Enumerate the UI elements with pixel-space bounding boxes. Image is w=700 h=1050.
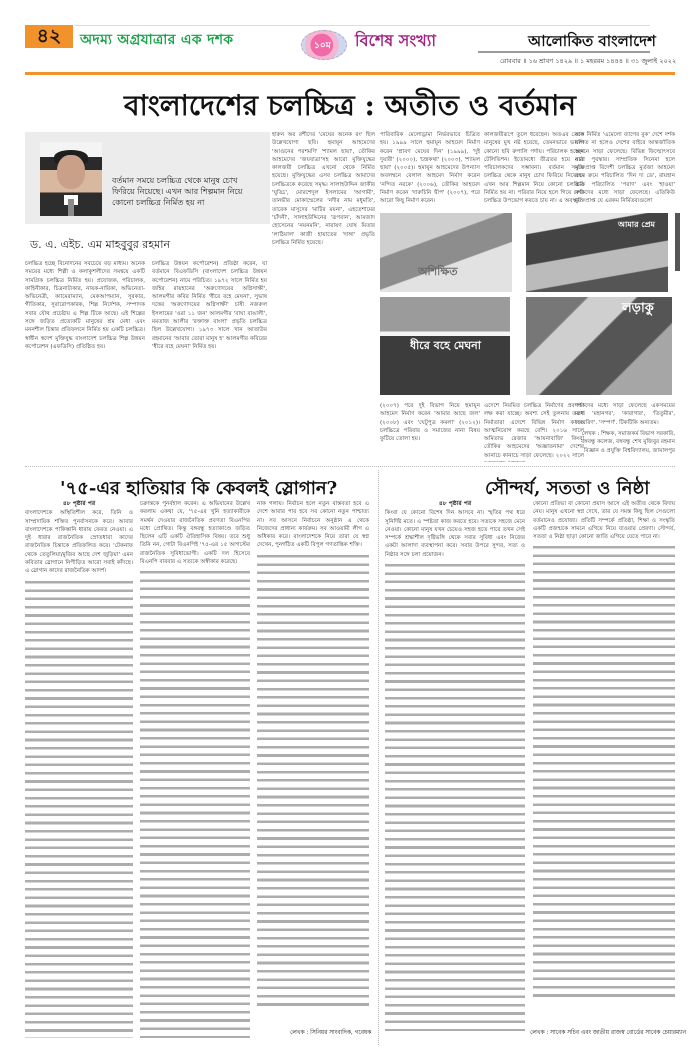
lead-below-posters-1: (২০০৭) পরে দুই বিভাগ নিয়ে হুমায়ূন আহমে… [380,402,480,462]
lead-below-posters-2: এদেশে নিয়মিত চলচ্চিত্র নির্মাণের প্রবণত… [484,402,584,462]
page-number: ৪২ [25,25,73,48]
left-col3-body-lines [257,552,369,1007]
right-col2-body-lines [533,543,675,998]
byline: ড. এ. এইচ. এম মাহবুবুর রহমান [30,236,170,255]
lead-writer-note: লেখক : শিক্ষক, সমাজকর্ম বিভাগ সরকারি, বঙ… [575,430,675,464]
photo-face [57,155,85,189]
lead-below-posters-2-text: এদেশে নিয়মিত চলচ্চিত্র নির্মাণের প্রবণত… [484,402,584,462]
right-article-writer: লেখক : সাবেক সচিব এবং জাতীয় রাজস্ব বোর্… [530,1028,686,1038]
lead-col1-text: চলচ্চিত্র হচ্ছে বিনোদনের সবচেয়ে বড় মাধ… [25,260,145,351]
lead-headline: বাংলাদেশের চলচ্চিত্র : অতীত ও বর্তমান [25,84,675,131]
anniversary-badge-icon: ১০ম [301,30,347,60]
lead-column-1: চলচ্চিত্র হচ্ছে বিনোদনের সবচেয়ে বড় মাধ… [25,260,145,464]
left-article-column-1: ৪৮ পৃষ্ঠার পর বাংলাদেশকে অস্থিতিশীল করে,… [25,500,133,1040]
left-col1-body-lines [25,578,133,1038]
lead-below-posters-3-text: দর্শকদের মধ্যে সাড়া ফেলেছে একসময়ের মধ্… [575,402,675,424]
masthead: ৪২ অদম্য অগ্রযাত্রার এক দশক ১০ম বিশেষ সং… [0,0,700,48]
lead-below-posters-1-text: (২০০৭) পরে দুই বিভাগ নিয়ে হুমায়ূন আহমে… [380,402,480,443]
left-col2-body-lines [140,568,250,1038]
lead-below-posters-3: দর্শকদের মধ্যে সাড়া ফেলেছে একসময়ের মধ্… [575,402,675,424]
lead-col4-text: পারিবারিক মেলোড্রামা নির্ভরভাবে চিত্রিত … [380,131,480,206]
left-article-column-2: চক্রান্তকে পুনর্বহাল করেন। এ অভিযানের উল… [140,500,250,1040]
lead-column-4: পারিবারিক মেলোড্রামা নির্ভরভাবে চিত্রিত … [380,131,480,207]
anniversary-badge-label: ১০ম [314,38,331,53]
right-col1-text: কিংবা যে কোনো বিশেষ দিন আসবে না। স্মৃতির… [385,509,525,559]
right-article-column-1: ৪৮ পৃষ্ঠার পর কিংবা যে কোনো বিশেষ দিন আস… [385,500,525,1040]
continued-from-label: ৪৮ পৃষ্ঠার পর [25,500,133,508]
header-divider [25,72,675,75]
lead-col6-text: সাল নির্মিত 'এমেলো ব্যাগের বুক' দেশে দর্… [575,131,675,206]
lead-column-5: কালজয়ীরূপে তুলে ধরেছেন। অতএব তেকে মানুষ… [484,131,584,207]
right-col1-body-lines [385,561,525,1031]
lead-column-6: সাল নির্মিত 'এমেলো ব্যাগের বুক' দেশে দর্… [575,131,675,207]
pull-quote-box: বর্তমান সময়ে চলচ্চিত্র থেকে মানুষ চোখ ফ… [25,132,270,224]
masthead-top-rule [75,25,650,26]
left-article-column-3: নাক গলায়। নির্বাচন হলে নতুন বাস্তবতা হব… [257,500,369,1015]
section-divider-horizontal [25,466,675,467]
section-divider-vertical [378,470,379,1045]
left-col2-text: চক্রান্তকে পুনর্বহাল করেন। এ অভিযানের উল… [140,500,250,566]
poster-2-title: আমার প্রেম [618,219,655,232]
photo-tie [68,199,74,216]
lead-column-3: হারুন অর রশীদের 'মেঘের অনেক রং' ছিল উল্ল… [272,131,375,464]
film-poster-4: লড়াকু [526,297,672,395]
author-photo [40,142,102,216]
special-issue-label: বিশেষ সংখ্যা [355,28,436,55]
date-line: রোববার ॥ ১৬ শ্রাবণ ১৪২৯ ॥ ১ মহররম ১৪৪৪ ॥… [500,56,676,67]
lead-col5-text: কালজয়ীরূপে তুলে ধরেছেন। অতএব তেকে মানুষ… [484,131,584,206]
lead-col3-text: হারুন অর রশীদের 'মেঘের অনেক রং' ছিল উল্ল… [272,131,375,247]
pull-quote: বর্তমান সময়ে চলচ্চিত্র থেকে মানুষ চোখ ফ… [112,175,262,208]
left-article-writer: লেখক : সিনিয়র সাংবাদিক, গবেষক [290,1028,371,1038]
poster-4-title: লড়াকু [622,299,654,320]
logo-underline [478,51,650,53]
poster-3-title: ধীরে বহে মেঘনা [410,337,481,356]
continued-from-label: ৪৮ পৃষ্ঠার পর [385,500,525,508]
left-col1-text: বাংলাদেশকে অস্থিতিশীল করে, তিনি ও সাম্প্… [25,509,133,575]
film-poster-2: আমার প্রেম [526,213,668,292]
right-col2-text: কোনো প্রতিভা বা কোনো প্রয়াস আসে এই অতীত… [533,500,675,541]
left-col3-text: নাক গলায়। নির্বাচন হলে নতুন বাস্তবতা হব… [257,500,369,550]
film-posters-grid: অশিক্ষিত আমার প্রেম ধীরে বহে মেঘনা লড়াক… [380,213,680,418]
film-poster-strip [675,213,680,271]
right-article-column-2: কোনো প্রতিভা বা কোনো প্রয়াস আসে এই অতীত… [533,500,675,1015]
lead-writer-note-text: লেখক : শিক্ষক, সমাজকর্ম বিভাগ সরকারি, বঙ… [575,430,675,455]
film-poster-1: অশিক্ষিত [380,213,512,292]
lead-col2-text: চলচ্চিত্র উন্নয়ন কর্পোরেশন) প্রতিষ্ঠা ক… [152,260,267,351]
lead-column-2: চলচ্চিত্র উন্নয়ন কর্পোরেশন) প্রতিষ্ঠা ক… [152,260,267,464]
poster-1-title: অশিক্ষিত [418,263,458,282]
tagline: অদম্য অগ্রযাত্রার এক দশক [80,28,233,52]
film-poster-3: ধীরে বহে মেঘনা [380,297,510,395]
